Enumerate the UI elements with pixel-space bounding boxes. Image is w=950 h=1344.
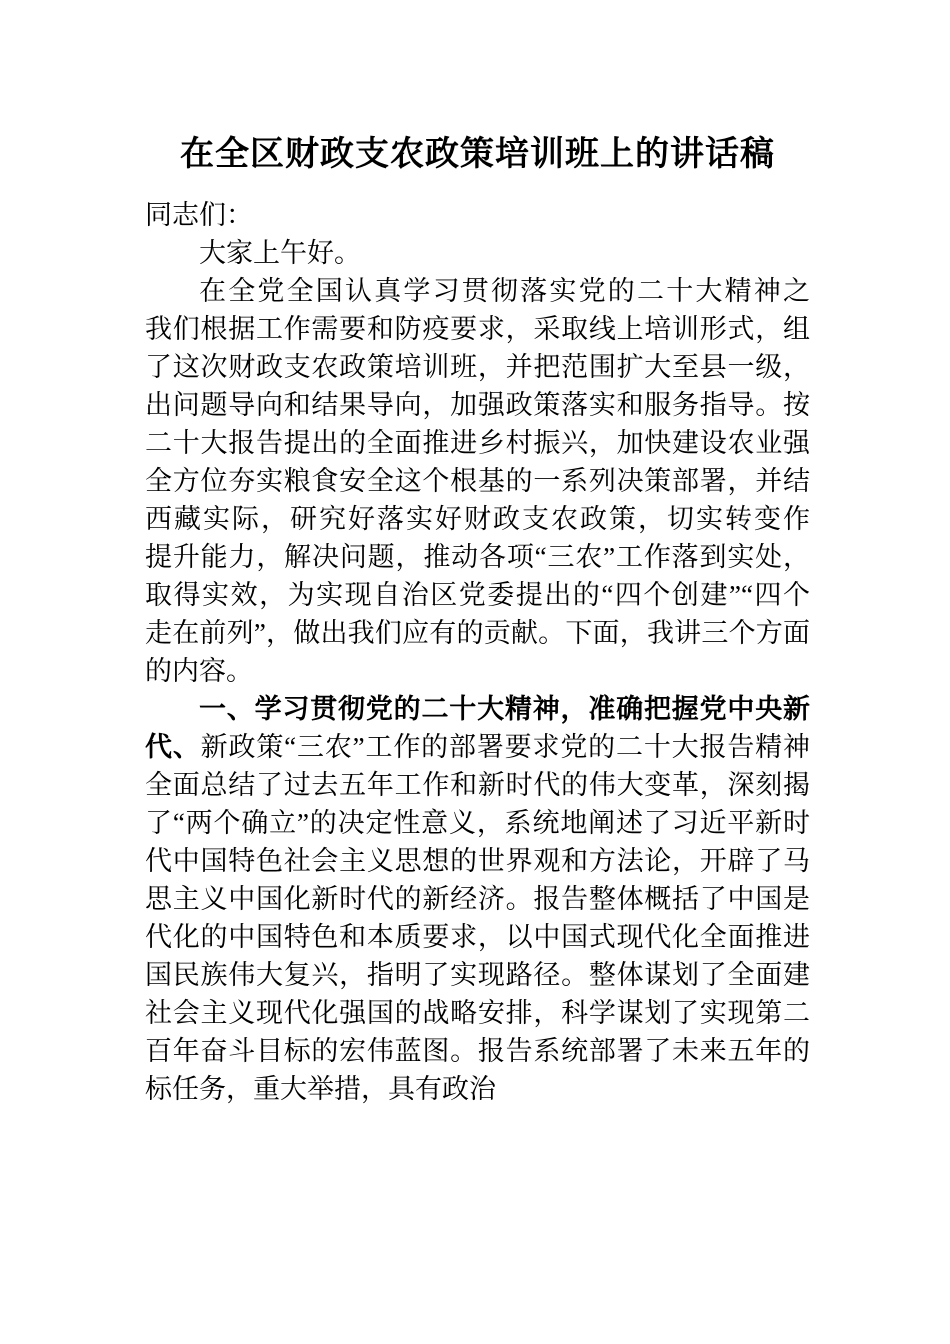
- text-line: 国民族伟大复兴，指明了实现路径。整体谋划了全面建成: [145, 956, 810, 994]
- text-line: 了“两个确立”的决定性意义，系统地阐述了习近平新时: [145, 804, 810, 842]
- document-title: 在全区财政支农政策培训班上的讲话稿: [145, 130, 810, 180]
- text-line: 我们根据工作需要和防疫要求，采取线上培训形式，组织: [145, 310, 810, 348]
- text-line: 全方位夯实粮食安全这个根基的一系列决策部署，并结合: [145, 462, 810, 500]
- section-mixed-line: 代、新政策“三农”工作的部署要求党的二十大报告精神: [145, 728, 810, 766]
- text-line: 代化的中国特色和本质要求，以中国式现代化全面推进中: [145, 918, 810, 956]
- text-line: 社会主义现代化强国的战略安排，科学谋划了实现第二个: [145, 994, 810, 1032]
- text-line: 提升能力，解决问题，推动各项“三农”工作落到实处，: [145, 538, 810, 576]
- text-line: 二十大报告提出的全面推进乡村振兴，加快建设农业强国: [145, 424, 810, 462]
- text-line: 取得实效，为实现自治区党委提出的“四个创建”“四个: [145, 576, 810, 614]
- text-line: 百年奋斗目标的宏伟蓝图。报告系统部署了未来五年的目: [145, 1032, 810, 1070]
- greeting-line: 大家上午好。: [145, 234, 810, 272]
- text-line: 西藏实际，研究好落实好财政支农政策，切实转变作风，: [145, 500, 810, 538]
- document-body: 同志们： 大家上午好。 在全党全国认真学习贯彻落实党的二十大精神之际， 我们根据…: [145, 196, 810, 1108]
- text-line: 思主义中国化新时代的新经济。报告整体概括了中国是现: [145, 880, 810, 918]
- text-line: 标任务，重大举措，具有政治: [145, 1070, 810, 1108]
- text-line: 走在前列”，做出我们应有的贡献。下面，我讲三个方面: [145, 614, 810, 652]
- text-line: 的内容。: [145, 652, 810, 690]
- text-run: 新政策“三农”工作的部署要求党的二十大报告精神: [201, 732, 810, 762]
- text-line: 了这次财政支农政策培训班，并把范围扩大至县一级，突: [145, 348, 810, 386]
- document-page: 在全区财政支农政策培训班上的讲话稿 同志们： 大家上午好。 在全党全国认真学习贯…: [0, 0, 950, 1344]
- section-heading-continuation: 代、: [145, 732, 201, 762]
- text-line: 在全党全国认真学习贯彻落实党的二十大精神之际，: [145, 272, 810, 310]
- text-line: 全面总结了过去五年工作和新时代的伟大变革，深刻揭示: [145, 766, 810, 804]
- section-heading-line: 一、学习贯彻党的二十大精神，准确把握党中央新时: [145, 690, 810, 728]
- salutation-line: 同志们：: [145, 196, 810, 234]
- text-line: 代中国特色社会主义思想的世界观和方法论，开辟了马克: [145, 842, 810, 880]
- text-line: 出问题导向和结果导向，加强政策落实和服务指导。按照: [145, 386, 810, 424]
